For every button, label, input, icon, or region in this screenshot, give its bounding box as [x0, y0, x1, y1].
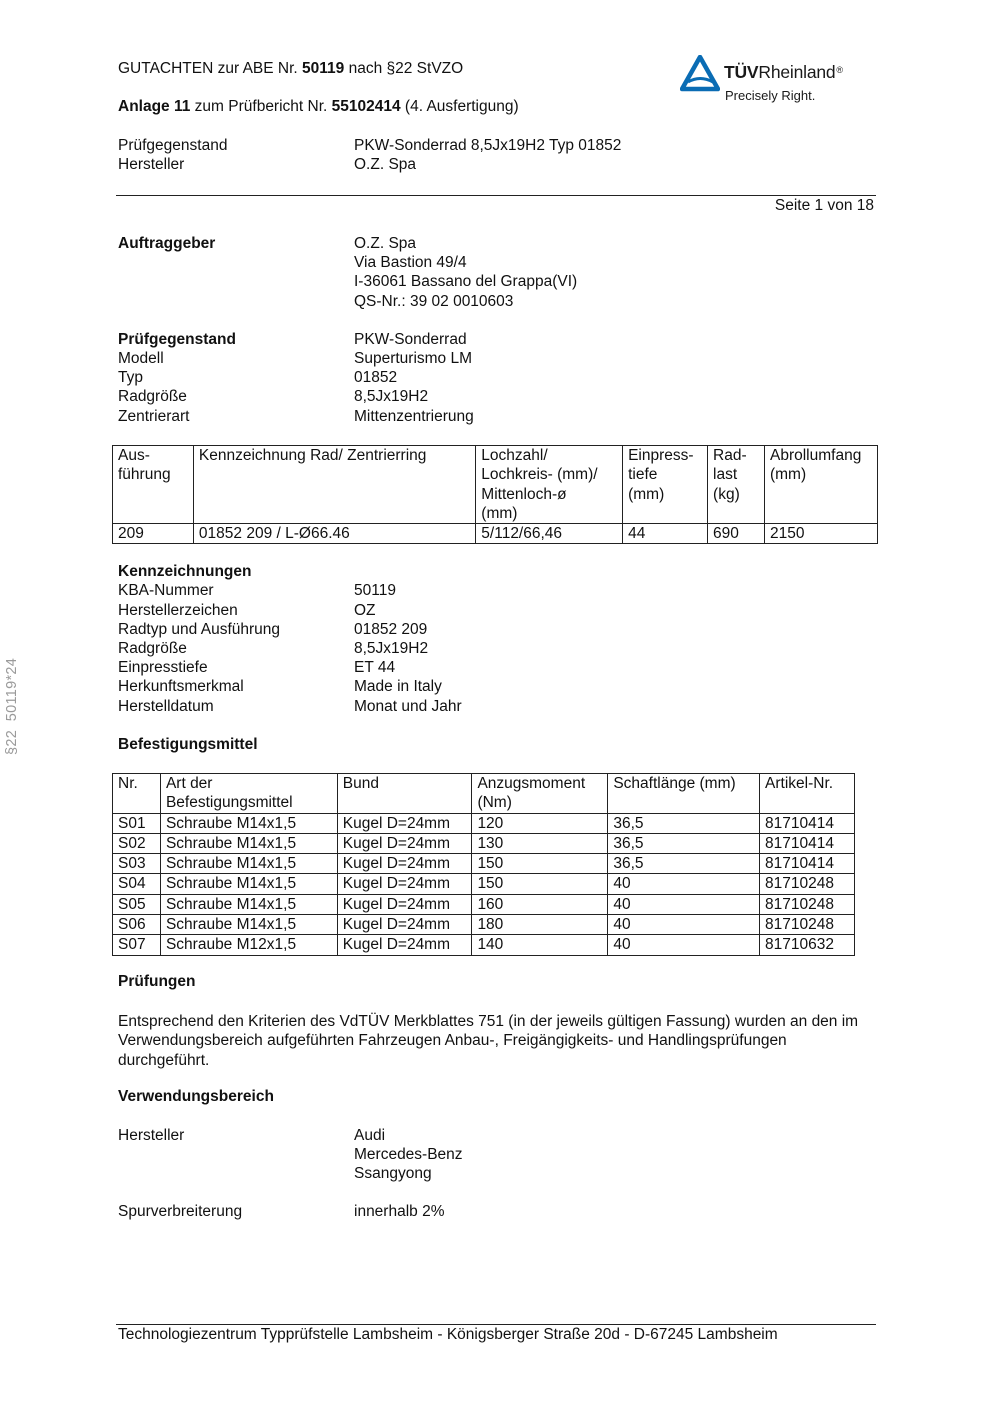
pruefungen-title: Prüfungen [118, 972, 196, 991]
row-value: Mittenzentrierung [354, 407, 474, 426]
row-label: Herstellerzeichen [118, 601, 238, 620]
table-cell: 81710414 [760, 813, 855, 833]
tuv-triangle-icon [680, 55, 720, 93]
pruefgegenstand-value: PKW-Sonderrad [354, 330, 467, 349]
logo-brand-bold: TÜV [724, 62, 758, 82]
table-cell: Schraube M14x1,5 [160, 915, 337, 935]
table-row: S04Schraube M14x1,5Kugel D=24mm150408171… [113, 874, 855, 894]
subtitle-suffix: (4. Ausfertigung) [401, 98, 519, 115]
table-cell: 44 [623, 524, 708, 544]
page-number: Seite 1 von 18 [775, 196, 874, 215]
table-cell: 160 [472, 894, 608, 914]
column-header: Anzugsmoment (Nm) [472, 774, 608, 814]
summary-label: Prüfgegenstand [118, 136, 227, 155]
table-cell: 140 [472, 935, 608, 955]
row-value: 8,5Jx19H2 [354, 639, 428, 658]
footer-address: Technologiezentrum Typprüfstelle Lambshe… [118, 1325, 778, 1344]
row-label: Herstelldatum [118, 697, 214, 716]
table-cell: Kugel D=24mm [337, 874, 472, 894]
table-cell: 81710632 [760, 935, 855, 955]
column-header: Nr. [113, 774, 161, 814]
auftraggeber-line: I-36061 Bassano del Grappa(VI) [354, 272, 577, 291]
row-label: Typ [118, 368, 143, 387]
manufacturer: Mercedes-Benz [354, 1145, 463, 1164]
table-row: S03Schraube M14x1,5Kugel D=24mm15036,581… [113, 854, 855, 874]
row-value: 8,5Jx19H2 [354, 387, 428, 406]
column-header: Rad- last (kg) [708, 446, 765, 524]
table-cell: 36,5 [608, 833, 760, 853]
table-cell: S04 [113, 874, 161, 894]
table-cell: 150 [472, 874, 608, 894]
column-header: Lochzahl/ Lochkreis- (mm)/ Mittenloch-ø … [476, 446, 623, 524]
report-number: 55102414 [332, 98, 401, 115]
pruefungen-text: Entsprechend den Kriterien des VdTÜV Mer… [118, 1012, 878, 1070]
logo-brand: TÜVRheinland® [724, 63, 843, 82]
table-row: S06Schraube M14x1,5Kugel D=24mm180408171… [113, 915, 855, 935]
summary-value: PKW-Sonderrad 8,5Jx19H2 Typ 01852 [354, 136, 621, 155]
row-value: Superturismo LM [354, 349, 472, 368]
manufacturer: Audi [354, 1126, 385, 1145]
report-title: GUTACHTEN zur ABE Nr. 50119 nach §22 StV… [118, 59, 463, 78]
spurverbreiterung-value: innerhalb 2% [354, 1202, 444, 1221]
table-cell: Schraube M14x1,5 [160, 813, 337, 833]
column-header: Einpress- tiefe (mm) [623, 446, 708, 524]
table-cell: 81710414 [760, 854, 855, 874]
table-cell: Schraube M14x1,5 [160, 874, 337, 894]
registered-mark: ® [836, 65, 842, 75]
table-cell: S07 [113, 935, 161, 955]
title-suffix: nach §22 StVZO [344, 60, 463, 77]
row-value: 01852 209 [354, 620, 427, 639]
table-cell: 81710248 [760, 915, 855, 935]
table-cell: 40 [608, 874, 760, 894]
subtitle-middle: zum Prüfbericht Nr. [190, 98, 331, 115]
column-header: Bund [337, 774, 472, 814]
column-header: Abrollumfang (mm) [764, 446, 877, 524]
table-row: S02Schraube M14x1,5Kugel D=24mm13036,581… [113, 833, 855, 853]
table-cell: 36,5 [608, 854, 760, 874]
row-value: OZ [354, 601, 376, 620]
table-cell: 5/112/66,46 [476, 524, 623, 544]
row-label: Zentrierart [118, 407, 190, 426]
table-cell: Kugel D=24mm [337, 894, 472, 914]
table-cell: 40 [608, 894, 760, 914]
table-cell: 120 [472, 813, 608, 833]
fastener-table: Nr.Art der BefestigungsmittelBundAnzugsm… [112, 773, 855, 956]
column-header: Schaftlänge (mm) [608, 774, 760, 814]
row-value: ET 44 [354, 658, 395, 677]
table-cell: 36,5 [608, 813, 760, 833]
table-cell: 2150 [764, 524, 877, 544]
row-label: Radgröße [118, 639, 187, 658]
column-header: Art der Befestigungsmittel [160, 774, 337, 814]
table-cell: 180 [472, 915, 608, 935]
auftraggeber-line: QS-Nr.: 39 02 0010603 [354, 292, 513, 311]
row-label: Einpresstiefe [118, 658, 208, 677]
report-subtitle: Anlage 11 zum Prüfbericht Nr. 55102414 (… [118, 97, 519, 116]
row-value: Made in Italy [354, 677, 442, 696]
table-cell: 690 [708, 524, 765, 544]
table-header-row: Aus- führungKennzeichnung Rad/ Zentrierr… [113, 446, 878, 524]
title-prefix: GUTACHTEN zur ABE Nr. [118, 60, 302, 77]
logo-brand-regular: Rheinland [758, 62, 835, 82]
spurverbreiterung-label: Spurverbreiterung [118, 1202, 242, 1221]
summary-label: Hersteller [118, 155, 184, 174]
auftraggeber-label: Auftraggeber [118, 234, 215, 253]
table-cell: 81710248 [760, 874, 855, 894]
table-row: S01Schraube M14x1,5Kugel D=24mm12036,581… [113, 813, 855, 833]
table-cell: 40 [608, 915, 760, 935]
column-header: Artikel-Nr. [760, 774, 855, 814]
table-cell: 01852 209 / L-Ø66.46 [193, 524, 475, 544]
verwendungsbereich-title: Verwendungsbereich [118, 1087, 274, 1106]
hersteller-label: Hersteller [118, 1126, 184, 1145]
row-label: Radgröße [118, 387, 187, 406]
manufacturer: Ssangyong [354, 1164, 432, 1183]
table-header-row: Nr.Art der BefestigungsmittelBundAnzugsm… [113, 774, 855, 814]
befestigungsmittel-title: Befestigungsmittel [118, 735, 258, 754]
row-label: Modell [118, 349, 164, 368]
table-cell: Kugel D=24mm [337, 935, 472, 955]
abe-number: 50119 [302, 60, 344, 77]
row-label: Herkunftsmerkmal [118, 677, 244, 696]
table-cell: 209 [113, 524, 194, 544]
table-cell: Schraube M14x1,5 [160, 894, 337, 914]
table-cell: S05 [113, 894, 161, 914]
table-cell: Kugel D=24mm [337, 813, 472, 833]
row-value: 50119 [354, 581, 396, 600]
row-label: Radtyp und Ausführung [118, 620, 280, 639]
table-row: S05Schraube M14x1,5Kugel D=24mm160408171… [113, 894, 855, 914]
summary-value: O.Z. Spa [354, 155, 416, 174]
kennzeichnungen-title: Kennzeichnungen [118, 562, 251, 581]
wheel-specification-table: Aus- führungKennzeichnung Rad/ Zentrierr… [112, 445, 878, 544]
table-cell: Schraube M14x1,5 [160, 833, 337, 853]
table-cell: 81710248 [760, 894, 855, 914]
table-cell: Kugel D=24mm [337, 833, 472, 853]
anlage-label: Anlage 11 [118, 98, 190, 115]
side-watermark: §22 50119*24 [3, 658, 22, 755]
table-cell: Kugel D=24mm [337, 915, 472, 935]
row-value: Monat und Jahr [354, 697, 462, 716]
table-cell: S03 [113, 854, 161, 874]
table-cell: Schraube M12x1,5 [160, 935, 337, 955]
auftraggeber-line: O.Z. Spa [354, 234, 416, 253]
table-row: 20901852 209 / L-Ø66.465/112/66,46446902… [113, 524, 878, 544]
table-cell: 81710414 [760, 833, 855, 853]
row-value: 01852 [354, 368, 397, 387]
table-cell: 40 [608, 935, 760, 955]
table-cell: 130 [472, 833, 608, 853]
table-cell: 150 [472, 854, 608, 874]
logo-slogan: Precisely Right. [725, 86, 815, 105]
table-cell: S01 [113, 813, 161, 833]
table-cell: Schraube M14x1,5 [160, 854, 337, 874]
table-cell: S06 [113, 915, 161, 935]
table-cell: Kugel D=24mm [337, 854, 472, 874]
column-header: Aus- führung [113, 446, 194, 524]
table-cell: S02 [113, 833, 161, 853]
table-row: S07Schraube M12x1,5Kugel D=24mm140408171… [113, 935, 855, 955]
column-header: Kennzeichnung Rad/ Zentrierring [193, 446, 475, 524]
pruefgegenstand-label: Prüfgegenstand [118, 330, 236, 349]
row-label: KBA-Nummer [118, 581, 214, 600]
header-divider [116, 195, 876, 196]
auftraggeber-line: Via Bastion 49/4 [354, 253, 467, 272]
tuv-rheinland-logo: TÜVRheinland® Precisely Right. [680, 55, 870, 105]
